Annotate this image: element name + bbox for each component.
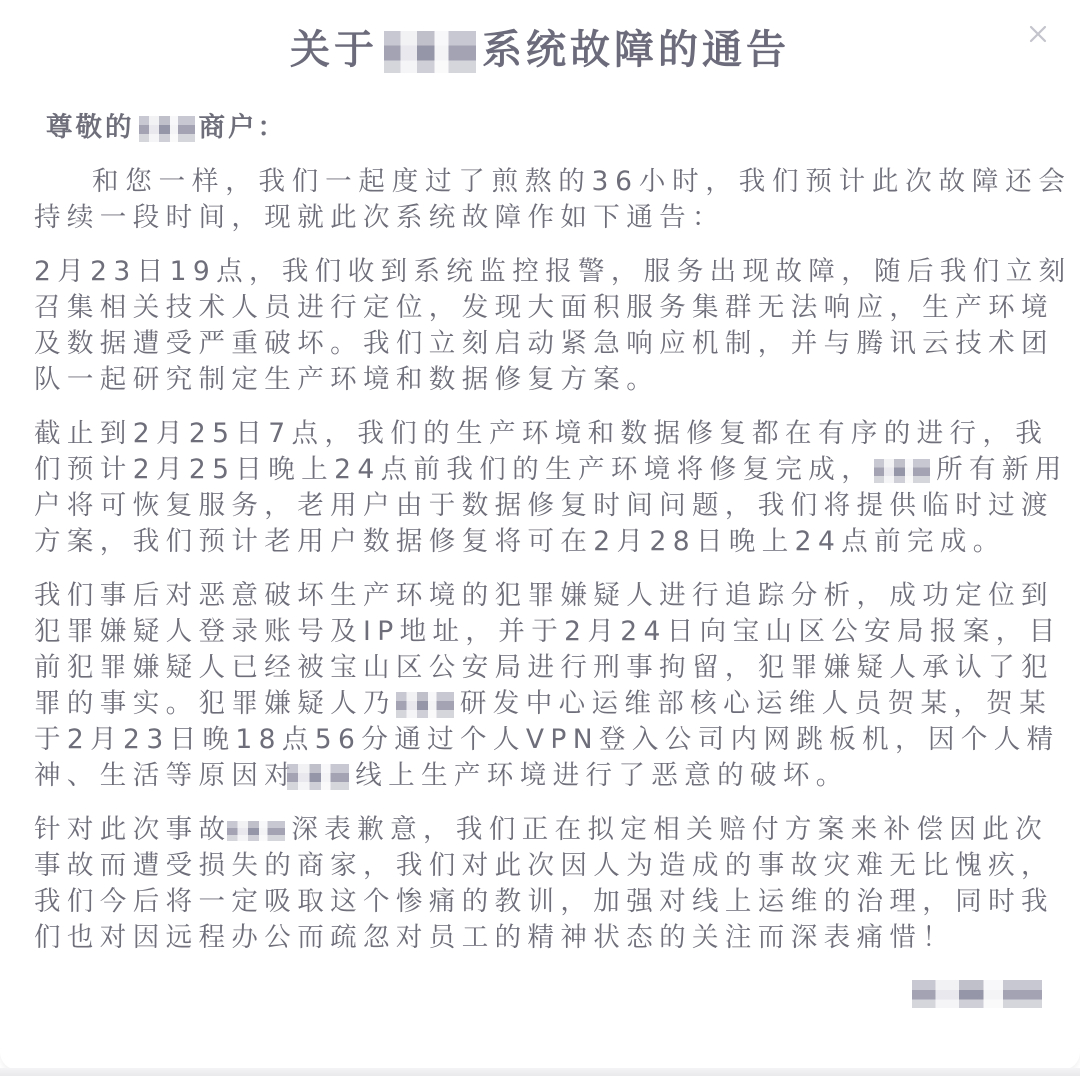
line-text: 针对此次事故 bbox=[34, 814, 231, 845]
redacted-company-name bbox=[287, 764, 349, 790]
greeting-suffix: 商户： bbox=[199, 112, 288, 143]
paragraph-line: 我们今后将一定吸取这个惨痛的教训，加强对线上运维的治理，同时我 bbox=[34, 884, 1044, 920]
paragraph-line: 们预计2月25日晚上24点前我们的生产环境将修复完成，所有新用 bbox=[34, 452, 1044, 488]
paragraph-line: 前犯罪嫌疑人已经被宝山区公安局进行刑事拘留，犯罪嫌疑人承认了犯 bbox=[34, 650, 1044, 686]
paragraph-line: 和您一样，我们一起度过了煎熬的36小时，我们预计此次故障还会 bbox=[34, 164, 1044, 200]
signature-redacted bbox=[912, 980, 1042, 1008]
redacted-company-name bbox=[139, 116, 195, 142]
paragraph-line: 方案，我们预计老用户数据修复将可在2月28日晚上24点前完成。 bbox=[34, 524, 1044, 560]
line-text: 线上生产环境进行了恶意的破坏。 bbox=[355, 760, 849, 791]
announcement-dialog: 关于系统故障的通告 尊敬的商户： 和您一样，我们一起度过了煎熬的36小时，我们预… bbox=[0, 0, 1080, 1070]
paragraph-line: 户将可恢复服务，老用户由于数据修复时间问题，我们将提供临时过渡 bbox=[34, 488, 1044, 524]
paragraph-line: 及数据遭受严重破坏。我们立刻启动紧急响应机制，并与腾讯云技术团 bbox=[34, 326, 1044, 362]
paragraph-line: 神、生活等原因对线上生产环境进行了恶意的破坏。 bbox=[34, 758, 1044, 794]
redacted-company-name bbox=[396, 692, 454, 718]
redacted-company-name bbox=[874, 459, 930, 483]
paragraph-line: 犯罪嫌疑人登录账号及IP地址，并于2月24日向宝山区公安局报案，目 bbox=[34, 614, 1044, 650]
line-text: 神、生活等原因对 bbox=[34, 760, 297, 791]
paragraph-line: 于2月23日晚18点56分通过个人VPN登入公司内网跳板机，因个人精 bbox=[34, 722, 1044, 758]
greeting: 尊敬的商户： bbox=[46, 110, 1056, 146]
paragraph-line: 队一起研究制定生产环境和数据修复方案。 bbox=[34, 362, 1044, 398]
line-text: 深表歉意，我们正在拟定相关赔付方案来补偿因此次 bbox=[291, 814, 1048, 845]
paragraph-line: 针对此次事故深表歉意，我们正在拟定相关赔付方案来补偿因此次 bbox=[34, 812, 1044, 848]
paragraph-line: 截止到2月25日7点，我们的生产环境和数据修复都在有序的进行，我 bbox=[34, 416, 1044, 452]
title-suffix: 系统故障的通告 bbox=[482, 27, 790, 73]
line-text: 所有新用 bbox=[936, 454, 1068, 485]
paragraph-line: 我们事后对恶意破坏生产环境的犯罪嫌疑人进行追踪分析，成功定位到 bbox=[34, 578, 1044, 614]
redacted-company-name bbox=[384, 31, 476, 73]
line-text: 们预计2月25日晚上24点前我们的生产环境将修复完成， bbox=[34, 454, 874, 485]
paragraph-line: 事故而遭受损失的商家，我们对此次因人为造成的事故灾难无比愧疚， bbox=[34, 848, 1044, 884]
line-text: 罪的事实。犯罪嫌疑人乃 bbox=[34, 688, 396, 719]
paragraph-line: 持续一段时间，现就此次系统故障作如下通告： bbox=[34, 200, 1044, 236]
paragraph-line: 们也对因远程办公而疏忽对员工的精神状态的关注而深表痛惜！ bbox=[34, 920, 1044, 956]
redacted-company-name bbox=[227, 821, 285, 841]
line-text: 研发中心运维部核心运维人员贺某，贺某 bbox=[460, 688, 1052, 719]
paragraph-line: 2月23日19点，我们收到系统监控报警，服务出现故障，随后我们立刻 bbox=[34, 254, 1044, 290]
paragraph-line: 罪的事实。犯罪嫌疑人乃研发中心运维部核心运维人员贺某，贺某 bbox=[34, 686, 1044, 722]
dialog-bottom-edge bbox=[0, 1068, 1080, 1076]
dialog-title: 关于系统故障的通告 bbox=[0, 20, 1080, 80]
title-prefix: 关于 bbox=[290, 27, 378, 73]
paragraph-line: 召集相关技术人员进行定位，发现大面积服务集群无法响应，生产环境 bbox=[34, 290, 1044, 326]
greeting-prefix: 尊敬的 bbox=[46, 112, 135, 143]
